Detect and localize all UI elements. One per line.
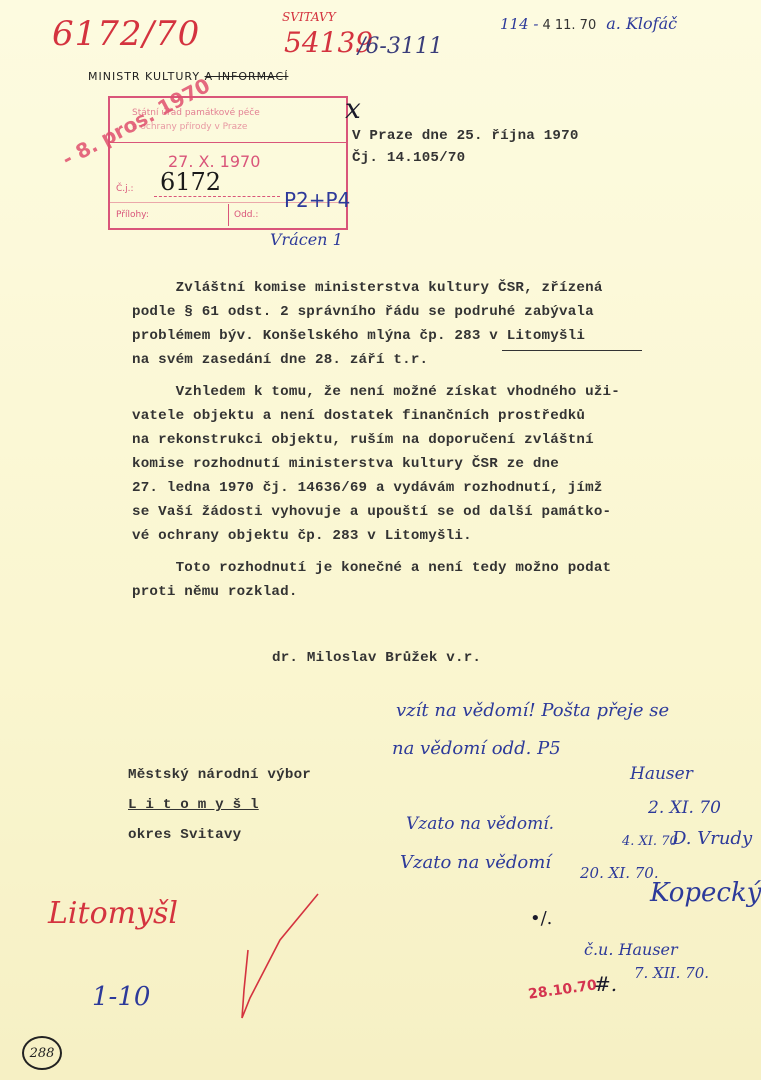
- handwritten-underline: [502, 350, 642, 351]
- file-number-annotation: 6172/70: [52, 14, 200, 54]
- addressee-line2: L i t o m y š l: [128, 790, 311, 820]
- hash-mark: #.: [594, 972, 617, 996]
- page-range-annotation: 1-10: [92, 982, 150, 1012]
- signature: dr. Miloslav Brůžek v.r.: [272, 650, 481, 666]
- reference-number: Čj. 14.105/70: [352, 150, 465, 166]
- handwritten-date-2: 4. XI. 70: [622, 834, 678, 849]
- handwritten-date-3: 20. XI. 70.: [580, 864, 659, 882]
- stamp-mark: x: [345, 92, 361, 125]
- paragraph-2: Vzhledem k tomu, že není možné získat vh…: [132, 380, 620, 548]
- slash-mark: •/.: [530, 908, 552, 929]
- handwritten-note-4: č.u. Hauser: [584, 940, 678, 959]
- handwritten-note-1b: na vědomí odd. P5: [392, 738, 561, 759]
- reference-suffix-annotation: /6-3111: [358, 34, 443, 59]
- red-checkmark-icon: [230, 890, 330, 1020]
- addressee: Městský národní výbor L i t o m y š l ok…: [128, 760, 311, 850]
- handwritten-signer-3: Kopecký: [650, 878, 761, 908]
- blue-note: 114 -: [500, 15, 538, 33]
- top-right-annotation: 114 - 4 11. 70 a. Klofáč: [500, 14, 677, 33]
- red-place-annotation: Litomyšl: [48, 896, 178, 931]
- circled-page-number: 288: [22, 1036, 62, 1070]
- handwritten-note-1a: vzít na vědomí! Pošta přeje se: [396, 700, 669, 721]
- handwritten-date-1: 2. XI. 70: [648, 798, 721, 818]
- handwritten-date-4: 7. XII. 70.: [634, 964, 709, 982]
- handwritten-name-hauser: Hauser: [630, 764, 693, 784]
- letterhead-main: MINISTR KULTURY: [88, 70, 200, 83]
- returned-note: Vrácen 1: [270, 230, 343, 249]
- handwritten-note-3: Vzato na vědomí: [400, 852, 551, 873]
- location-annotation: SVITAVY: [282, 10, 336, 24]
- blue-signature: a. Klofáč: [606, 14, 677, 33]
- letter-body: Zvláštní komise ministerstva kultury ČSR…: [132, 276, 620, 604]
- addressee-line1: Městský národní výbor: [128, 760, 311, 790]
- handwritten-signer-2: D. Vrudy: [672, 828, 752, 849]
- stamp-number-label: Č.j.:: [116, 184, 134, 194]
- handwritten-note-2: Vzato na vědomí.: [406, 814, 554, 834]
- letterhead-struck: A INFORMACÍ: [205, 70, 289, 83]
- stamp-department-label: Odd.:: [234, 210, 258, 220]
- addressee-line3: okres Svitavy: [128, 820, 311, 850]
- stamp-number: 6172: [160, 168, 221, 196]
- paragraph-1: Zvláštní komise ministerstva kultury ČSR…: [132, 276, 620, 372]
- stamp-department-value: P2+P4: [284, 188, 350, 212]
- red-date-stamp: 28.10.70: [527, 977, 598, 1002]
- place-date: V Praze dne 25. října 1970: [352, 128, 579, 144]
- paragraph-3: Toto rozhodnutí je konečné a není tedy m…: [132, 556, 620, 604]
- stamp-attachments-label: Přílohy:: [116, 210, 149, 220]
- received-date-stamp: 4 11. 70: [542, 18, 596, 33]
